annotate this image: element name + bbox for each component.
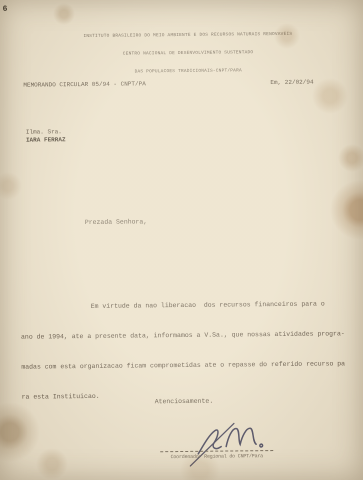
memo-reference: MEMORANDO CIRCULAR 05/94 - CNPT/PA [23,80,145,88]
handwritten-corner-mark: 6 [3,5,8,14]
body-line-2: ano de 1994, ate a presente data, inform… [21,329,351,342]
greeting-line: Prezada Senhora, [85,218,147,226]
addressee-honorific: Ilma. Sra. [26,128,62,135]
body-line-3: madas com esta organizacao ficam comprom… [21,359,351,372]
addressee-name: IARA FERRAZ [26,136,66,143]
document-content: 6 INSTITUTO BRASILEIRO DO MEIO AMBIENTE … [0,0,363,480]
body-line-1: Em virtude da nao liberacao dos recursos… [21,299,351,312]
letterhead-line-3: DAS POPULACOES TRADICIONAIS-CNPT/PARA [0,67,363,77]
closing-line: Atenciosamente. [155,398,214,406]
letterhead-line-2: CENTRO NACIONAL DE DESENVOLVIMENTO SUSTE… [0,49,363,59]
scanned-memo-document: 6 INSTITUTO BRASILEIRO DO MEIO AMBIENTE … [0,0,363,480]
signature-title: Coordenador Regional do CNPT/Para [160,453,273,460]
handwritten-signature-icon [160,417,276,468]
letterhead-line-1: INSTITUTO BRASILEIRO DO MEIO AMBIENTE E … [0,31,363,41]
memo-date: Em, 22/02/94 [270,79,313,86]
